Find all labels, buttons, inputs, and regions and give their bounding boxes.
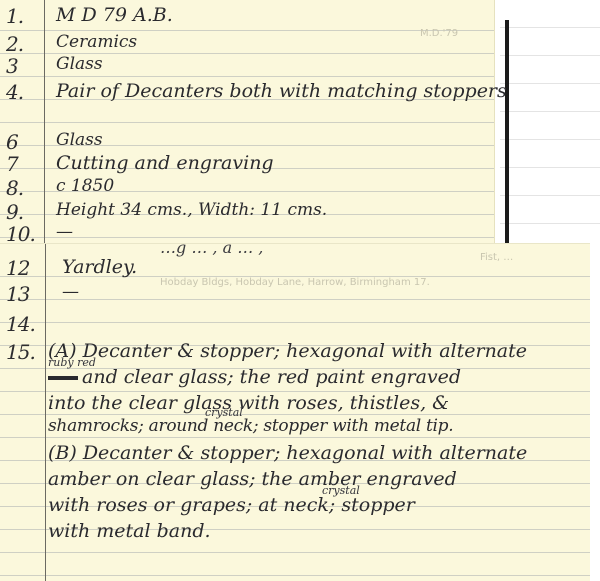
ghost-line-1: Fist, … [480,252,513,263]
description-text: with metal band. [48,520,211,542]
entry-text: c 1850 [56,176,114,196]
entry-number: 9. [6,200,40,224]
entry-number: 4. [6,80,40,104]
strikethrough-mark [48,376,78,380]
entry-number: 12 [6,256,40,280]
entry-number: 10. [6,222,40,246]
ghost-text: M.D.'79 [420,28,458,39]
card-edge-shadow [505,20,509,246]
entry-text: — [56,222,73,242]
description-text: (B) Decanter & stopper; hexagonal with a… [48,442,527,464]
entry-number: 7 [6,152,40,176]
entry-text: Yardley. [62,256,137,278]
entry-number: 8. [6,176,40,200]
overlap-partial-text: …g … , a … , [160,238,263,257]
description-text: with roses or grapes; at neck; stopper [48,494,415,516]
entry-number: 15. [6,340,40,364]
margin-rule [45,244,46,581]
entry-text: Pair of Decanters both with matching sto… [56,80,507,102]
entry-number: 3 [6,54,40,78]
entry-number: 14. [6,312,40,336]
description-text: shamrocks; around neck; stopper with met… [48,416,453,436]
ghost-line-2: Hobday Bldgs, Hobday Lane, Harrow, Birmi… [160,277,430,288]
entry-number: 1. [6,4,40,28]
entry-text: Height 34 cms., Width: 11 cms. [56,200,327,220]
catalog-card-top: M.D.'79 1. M D 79 A.B. 2. Ceramics 3 Gla… [0,0,495,248]
margin-rule [44,0,45,248]
description-text: into the clear glass with roses, thistle… [48,392,449,414]
entry-number: 6 [6,130,40,154]
entry-text: (A) Decanter & stopper; hexagonal with a… [48,340,527,362]
entry-text: Glass [56,54,103,74]
entry-text: Cutting and engraving [56,152,274,174]
entry-text: — [62,282,79,302]
description-text: amber on clear glass; the amber engraved [48,468,457,490]
entry-text: M D 79 A.B. [56,4,173,26]
entry-number: 2. [6,32,40,56]
description-text: and clear glass; the red paint engraved [82,366,461,388]
entry-text: Ceramics [56,32,137,52]
entry-text: Glass [56,130,103,150]
side-card [500,0,600,248]
entry-number: 13 [6,282,40,306]
